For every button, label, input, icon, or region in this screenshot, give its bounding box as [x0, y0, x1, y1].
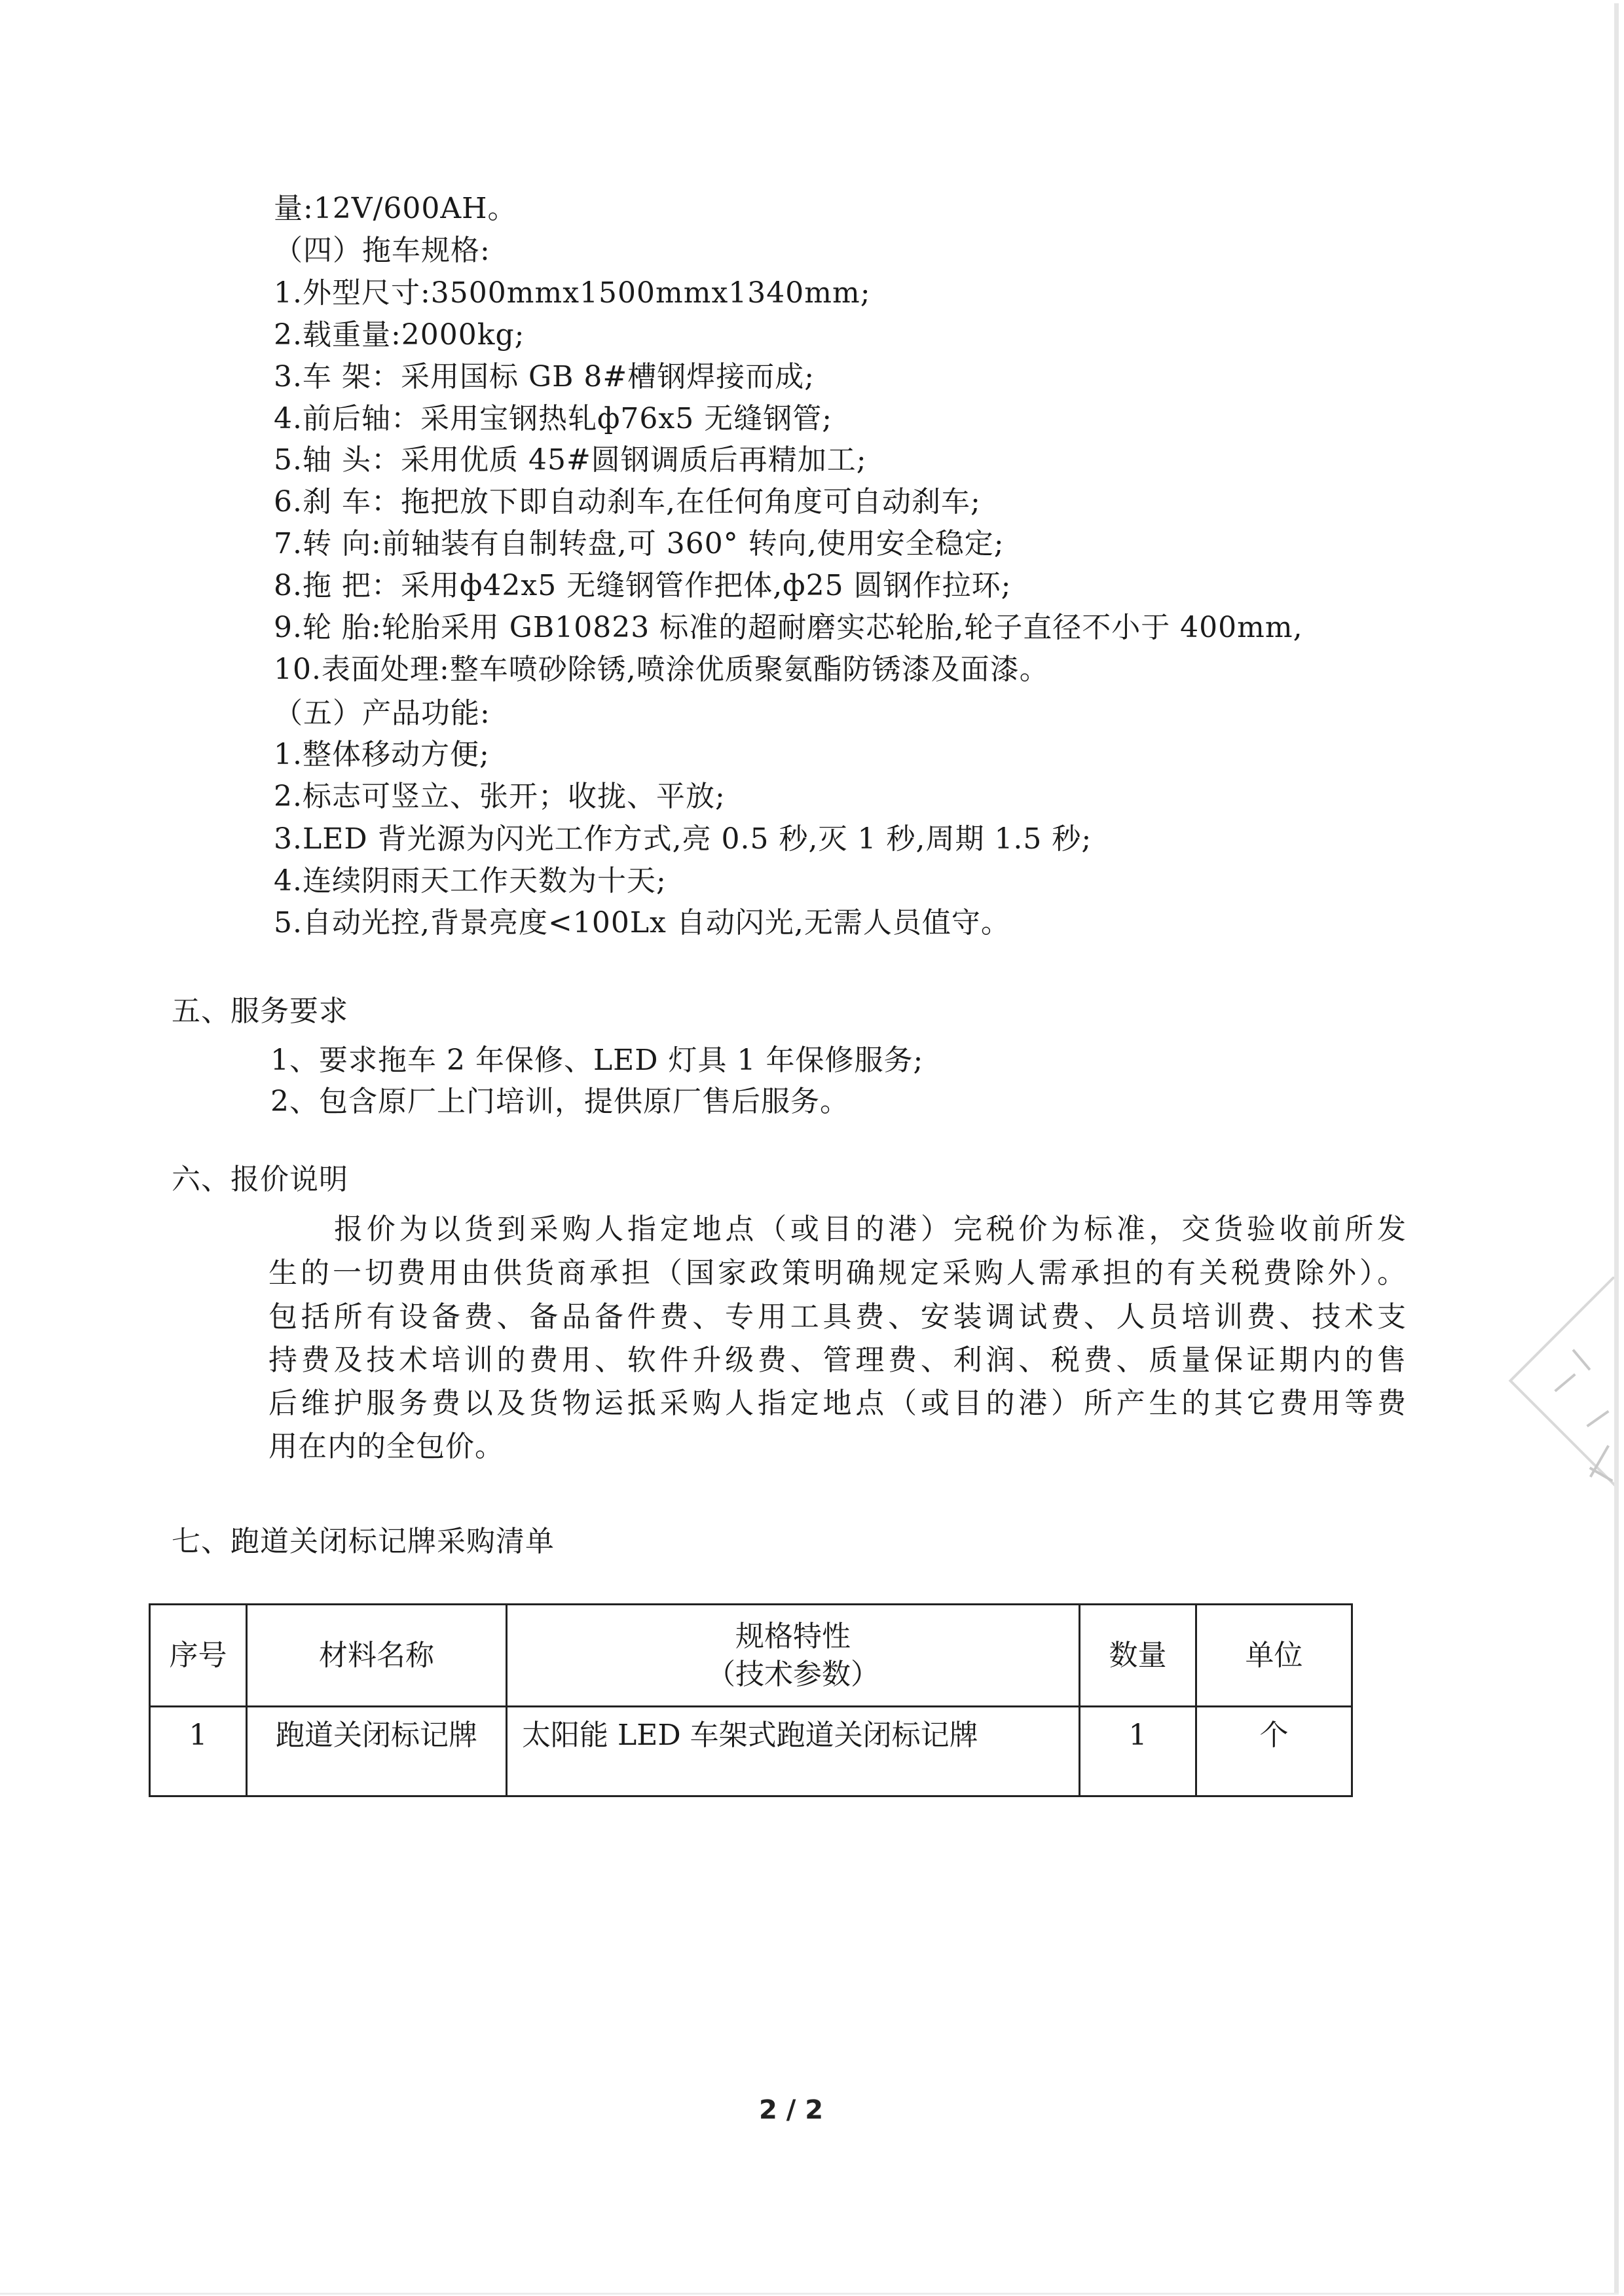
- trailer-spec-item: 1.外型尺寸:3500mmx1500mmx1340mm;: [274, 272, 871, 314]
- page-number: 2 / 2: [726, 2095, 857, 2125]
- scan-edge-bottom: [0, 2293, 1619, 2295]
- column-header-spec-title: 规格特性: [507, 1618, 1079, 1656]
- quotation-paragraph-line: 后维护服务费以及货物运抵采购人指定地点（或目的港）所产生的其它费用等费: [268, 1383, 1407, 1425]
- procurement-table: 序号 材料名称 规格特性 （技术参数） 数量 单位 1 跑道关闭标记牌 太阳能 …: [149, 1603, 1353, 1797]
- trailer-spec-item: 10.表面处理:整车喷砂除锈,喷涂优质聚氨酯防锈漆及面漆。: [274, 649, 1049, 691]
- product-function-item: 5.自动光控,背景亮度<100Lx 自动闪光,无需人员值守。: [274, 902, 1010, 944]
- trailer-spec-heading: （四）拖车规格:: [274, 230, 490, 272]
- scan-edge-right: [1614, 3, 1619, 2293]
- trailer-spec-item: 3.车 架：采用国标 GB 8#槽钢焊接而成;: [274, 356, 815, 398]
- product-function-item: 3.LED 背光源为闪光工作方式,亮 0.5 秒,灭 1 秒,周期 1.5 秒;: [274, 818, 1092, 860]
- document-page: 量:12V/600AH。 （四）拖车规格: 1.外型尺寸:3500mmx1500…: [0, 0, 1624, 2296]
- column-header-spec-subtitle: （技术参数）: [507, 1656, 1079, 1694]
- trailer-spec-item: 2.载重量:2000kg;: [274, 314, 525, 356]
- product-functions-heading: （五）产品功能:: [274, 693, 490, 735]
- procurement-list-heading: 七、跑道关闭标记牌采购清单: [172, 1521, 555, 1563]
- cell-no: 1: [150, 1707, 247, 1796]
- product-function-item: 2.标志可竖立、张开；收拢、平放;: [274, 776, 726, 818]
- trailer-spec-item: 5.轴 头：采用优质 45#圆钢调质后再精加工;: [274, 439, 867, 481]
- quotation-paragraph-line: 报价为以货到采购人指定地点（或目的港）完税价为标准，交货验收前所发: [334, 1209, 1407, 1250]
- trailer-spec-item: 8.拖 把：采用ф42x5 无缝钢管作把体,ф25 圆钢作拉环;: [274, 565, 1011, 607]
- cell-name: 跑道关闭标记牌: [247, 1707, 507, 1796]
- table-header-row: 序号 材料名称 规格特性 （技术参数） 数量 单位: [150, 1605, 1352, 1707]
- quotation-paragraph-line: 生的一切费用由供货商承担（国家政策明确规定采购人需承担的有关税费除外）。: [268, 1252, 1407, 1294]
- service-requirements-heading: 五、服务要求: [172, 991, 348, 1032]
- battery-capacity-line: 量:12V/600AH。: [274, 188, 517, 230]
- column-header-no: 序号: [150, 1605, 247, 1707]
- trailer-spec-item: 6.刹 车：拖把放下即自动刹车,在任何角度可自动刹车;: [274, 481, 981, 523]
- column-header-qty: 数量: [1080, 1605, 1196, 1707]
- quotation-paragraph-line: 持费及技术培训的费用、软件升级费、管理费、利润、税费、质量保证期内的售: [268, 1339, 1407, 1381]
- product-function-item: 4.连续阴雨天工作天数为十天;: [274, 860, 667, 902]
- service-requirement-item: 1、要求拖车 2 年保修、LED 灯具 1 年保修服务;: [270, 1040, 923, 1082]
- product-function-item: 1.整体移动方便;: [274, 734, 490, 776]
- trailer-spec-item: 9.轮 胎:轮胎采用 GB10823 标准的超耐磨实芯轮胎,轮子直径不小于 40…: [274, 607, 1303, 649]
- cell-unit: 个: [1196, 1707, 1352, 1796]
- cell-qty: 1: [1080, 1707, 1196, 1796]
- quotation-paragraph-line: 包括所有设备费、备品备件费、专用工具费、安装调试费、人员培训费、技术支: [268, 1296, 1407, 1338]
- column-header-name: 材料名称: [247, 1605, 507, 1707]
- column-header-spec: 规格特性 （技术参数）: [507, 1605, 1080, 1707]
- cell-spec: 太阳能 LED 车架式跑道关闭标记牌: [507, 1707, 1080, 1796]
- column-header-unit: 单位: [1196, 1605, 1352, 1707]
- trailer-spec-item: 7.转 向:前轴装有自制转盘,可 360° 转向,使用安全稳定;: [274, 523, 1005, 565]
- official-seal-fragment-icon: [1506, 1277, 1614, 1539]
- table-row: 1 跑道关闭标记牌 太阳能 LED 车架式跑道关闭标记牌 1 个: [150, 1707, 1352, 1796]
- quotation-heading: 六、报价说明: [172, 1159, 348, 1201]
- trailer-spec-item: 4.前后轴：采用宝钢热轧ф76x5 无缝钢管;: [274, 398, 832, 440]
- quotation-paragraph-line: 用在内的全包价。: [268, 1426, 504, 1468]
- service-requirement-item: 2、包含原厂上门培训，提供原厂售后服务。: [270, 1081, 849, 1123]
